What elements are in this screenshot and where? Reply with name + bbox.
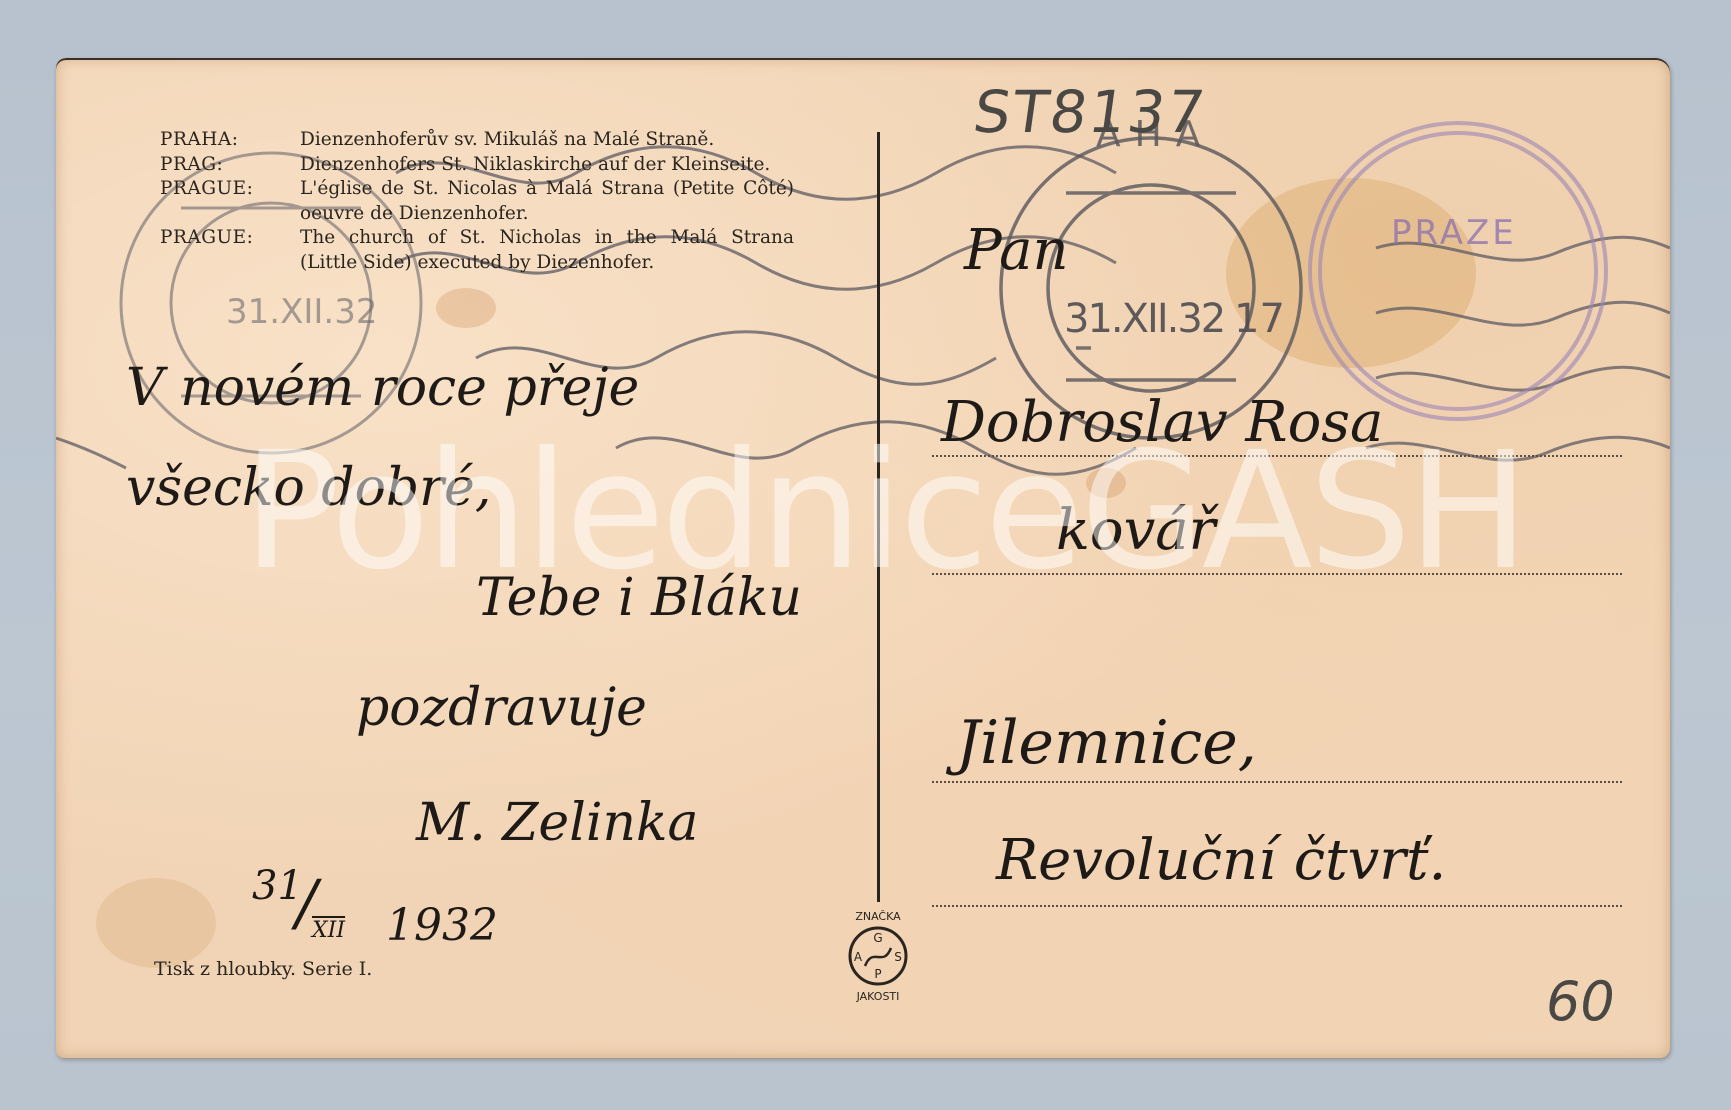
- message-line-2: všecko dobré,: [126, 458, 491, 518]
- inventory-code: ST8137: [969, 78, 1210, 146]
- address-line-1: [932, 455, 1622, 457]
- svg-text:JAKOSTI: JAKOSTI: [856, 990, 900, 1003]
- postmark-left-date: 31.XII.32: [226, 292, 378, 332]
- message-date-year: 1932: [386, 900, 498, 951]
- message-line-4: pozdravuje: [356, 678, 647, 738]
- printed-caption: PRAHA: Dienzenhoferův sv. Mikuláš na Mal…: [160, 128, 794, 275]
- address-salutation: Pan: [964, 218, 1069, 283]
- violet-stamp-city: PRAZE: [1391, 213, 1517, 253]
- svg-text:ZNAČKA: ZNAČKA: [855, 910, 901, 923]
- postmark-right-date: 31.XII.32: [1064, 296, 1224, 342]
- address-line-4: [932, 905, 1622, 907]
- center-divider: [877, 132, 880, 902]
- paper-stain: [1086, 468, 1126, 498]
- message-date-month: XII: [312, 918, 345, 943]
- address-street: Revoluční čtvrť.: [996, 828, 1446, 893]
- paper-stain: [436, 288, 496, 328]
- message-line-1: V novém roce přeje: [126, 358, 639, 418]
- price-note: 60: [1546, 970, 1615, 1033]
- address-occupation: kovář: [1056, 498, 1215, 563]
- violet-stamp: [1310, 123, 1606, 419]
- svg-text:S: S: [894, 950, 902, 964]
- postcard-back: 31.XII.32 AHA PRAHA: Dienzenhoferův sv. …: [56, 58, 1670, 1058]
- svg-text:P: P: [874, 967, 881, 981]
- message-signature: M. Zelinka: [416, 793, 698, 853]
- address-name: Dobroslav Rosa: [941, 390, 1383, 455]
- postmark-right-hour: 17: [1234, 296, 1285, 342]
- address-town: Jilemnice,: [956, 708, 1257, 778]
- quality-mark-logo: ZNAČKA G A S P JAKOSTI: [838, 906, 918, 1006]
- address-line-3: [932, 781, 1622, 783]
- caption-row-cz: PRAHA: Dienzenhoferův sv. Mikuláš na Mal…: [160, 128, 794, 153]
- svg-text:G: G: [873, 931, 882, 945]
- address-line-2: [932, 573, 1622, 575]
- paper-stain: [96, 878, 216, 968]
- caption-row-fr: PRAGUE: L'église de St. Nicolas à Malá S…: [160, 177, 794, 226]
- caption-row-en: PRAGUE: The church of St. Nicholas in th…: [160, 226, 794, 275]
- print-note: Tisk z hloubky. Serie I.: [154, 958, 372, 980]
- message-line-3: Tebe i Bláku: [476, 568, 802, 628]
- svg-text:A: A: [854, 950, 863, 964]
- caption-row-de: PRAG: Dienzenhofers St. Niklaskirche auf…: [160, 153, 794, 178]
